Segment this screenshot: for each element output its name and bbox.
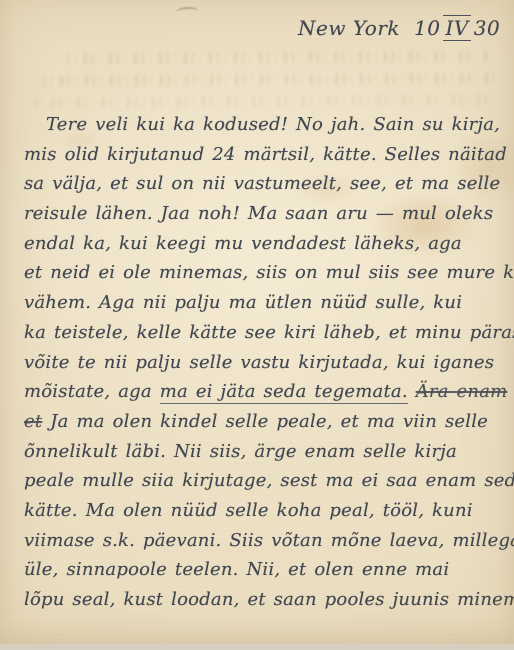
struck-through-phrase: Ära enam — [416, 381, 508, 402]
dateline-day: 10 — [414, 16, 440, 40]
handwritten-text: mis olid kirjutanud 24 märtsil, kätte. S… — [24, 144, 507, 165]
handwritten-text: reisule lähen. Jaa noh! Ma saan aru — mu… — [24, 203, 493, 224]
handwritten-text: vähem. Aga nii palju ma ütlen nüüd sulle… — [24, 292, 462, 313]
handwritten-text — [408, 381, 416, 402]
handwritten-text: õnnelikult läbi. Nii siis, ärge enam sel… — [24, 441, 457, 462]
letter-line: sa välja, et sul on nii vastumeelt, see,… — [24, 169, 510, 199]
letter-line: peale mulle siia kirjutage, sest ma ei s… — [24, 466, 510, 496]
letter-line: et neid ei ole minemas, siis on mul siis… — [24, 258, 510, 288]
background-surface — [0, 644, 514, 650]
letter-line: endal ka, kui keegi mu vendadest läheks,… — [24, 229, 510, 259]
dateline-place: New York — [298, 16, 400, 40]
letter-line: reisule lähen. Jaa noh! Ma saan aru — mu… — [24, 199, 510, 229]
handwritten-text: endal ka, kui keegi mu vendadest läheks,… — [24, 233, 462, 254]
letter-line: et Ja ma olen kindel selle peale, et ma … — [24, 407, 510, 437]
handwritten-text: viimase s.k. päevani. Siis võtan mõne la… — [24, 530, 514, 551]
ink-bleed-through-line — [62, 50, 492, 64]
handwritten-text: Tere veli kui ka kodused! No jah. Sain s… — [46, 114, 500, 135]
letter-line: õnnelikult läbi. Nii siis, ärge enam sel… — [24, 437, 510, 467]
stray-pencil-mark — [176, 6, 199, 17]
letter-line: mõistate, aga ma ei jäta seda tegemata. … — [24, 377, 510, 407]
letter-sheet: New York10IV30 Tere veli kui ka kodused!… — [0, 0, 514, 645]
dateline-year: 30 — [474, 16, 500, 40]
ink-bleed-through-line — [30, 94, 495, 108]
letter-body: Tere veli kui ka kodused! No jah. Sain s… — [24, 110, 510, 615]
dateline-month-roman-numeral: IV — [443, 15, 470, 41]
handwritten-text: mõistate, aga — [24, 381, 160, 402]
letter-line: viimase s.k. päevani. Siis võtan mõne la… — [24, 526, 510, 556]
letter-line: võite te nii palju selle vastu kirjutada… — [24, 348, 510, 378]
handwritten-text: kätte. Ma olen nüüd selle koha peal, töö… — [24, 500, 473, 521]
photograph-of-letter: { "letter": { "dateline": { "place": "Ne… — [0, 0, 514, 650]
underlined-phrase: ma ei jäta seda tegemata. — [160, 381, 408, 404]
letter-line: Tere veli kui ka kodused! No jah. Sain s… — [24, 110, 510, 140]
letter-line: ka teistele, kelle kätte see kiri läheb,… — [24, 318, 510, 348]
handwritten-text: võite te nii palju selle vastu kirjutada… — [24, 352, 494, 373]
ink-bleed-through-line — [38, 72, 494, 86]
handwritten-text: Ja ma olen kindel selle peale, et ma vii… — [42, 411, 488, 432]
letter-line: üle, sinnapoole teelen. Nii, et olen enn… — [24, 555, 510, 585]
handwritten-text: peale mulle siia kirjutage, sest ma ei s… — [24, 470, 514, 491]
letter-line: lõpu seal, kust loodan, et saan pooles j… — [24, 585, 510, 615]
struck-through-phrase: et — [24, 411, 42, 432]
handwritten-text: üle, sinnapoole teelen. Nii, et olen enn… — [24, 559, 449, 580]
handwritten-text: lõpu seal, kust loodan, et saan pooles j… — [24, 589, 514, 610]
letter-line: mis olid kirjutanud 24 märtsil, kätte. S… — [24, 140, 510, 170]
dateline: New York10IV30 — [298, 16, 498, 40]
handwritten-text: et neid ei ole minemas, siis on mul siis… — [24, 262, 514, 283]
handwritten-text: ka teistele, kelle kätte see kiri läheb,… — [24, 322, 514, 343]
letter-line: kätte. Ma olen nüüd selle koha peal, töö… — [24, 496, 510, 526]
letter-line: vähem. Aga nii palju ma ütlen nüüd sulle… — [24, 288, 510, 318]
handwritten-text: sa välja, et sul on nii vastumeelt, see,… — [24, 173, 500, 194]
